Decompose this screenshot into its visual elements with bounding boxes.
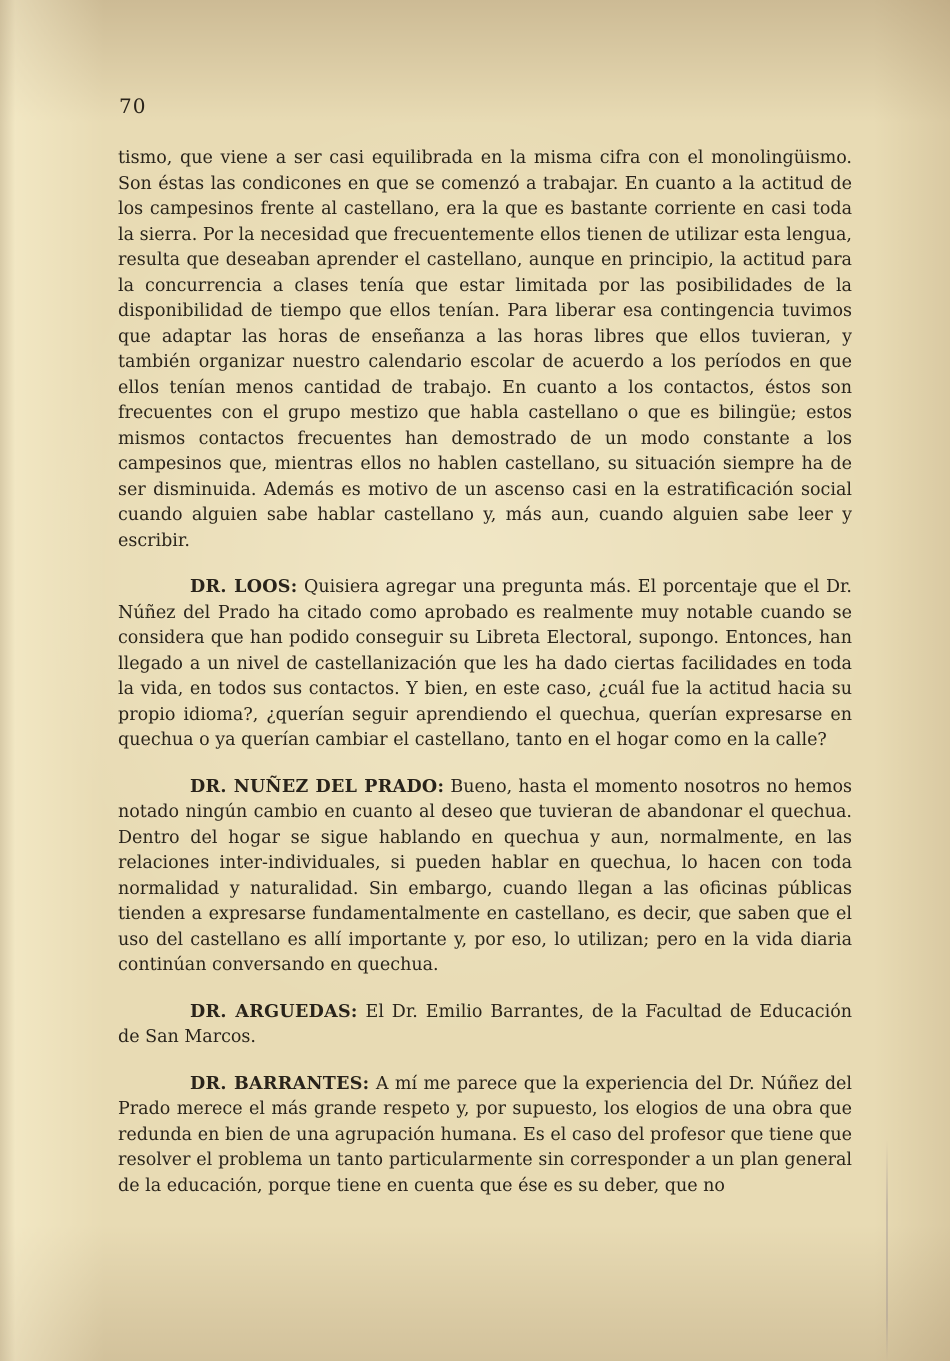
- paragraph: DR. ARGUEDAS: El Dr. Emilio Barrantes, d…: [118, 1000, 852, 1051]
- page-text: tismo, que viene a ser casi equilibrada …: [118, 146, 852, 1220]
- paragraph: tismo, que viene a ser casi equilibrada …: [118, 146, 852, 554]
- speaker-label: DR. ARGUEDAS:: [190, 1002, 358, 1022]
- paragraph: DR. LOOS: Quisiera agregar una pregunta …: [118, 575, 852, 754]
- book-page: 70 tismo, que viene a ser casi equilibra…: [0, 0, 950, 1361]
- page-number: 70: [119, 94, 146, 118]
- paragraph: DR. NUÑEZ DEL PRADO: Bueno, hasta el mom…: [118, 775, 852, 979]
- paper-scratch-line: [886, 1140, 888, 1361]
- speaker-label: DR. NUÑEZ DEL PRADO:: [190, 777, 444, 797]
- speaker-label: DR. LOOS:: [190, 577, 298, 597]
- paragraph: DR. BARRANTES: A mí me parece que la exp…: [118, 1072, 852, 1200]
- speaker-label: DR. BARRANTES:: [190, 1074, 369, 1094]
